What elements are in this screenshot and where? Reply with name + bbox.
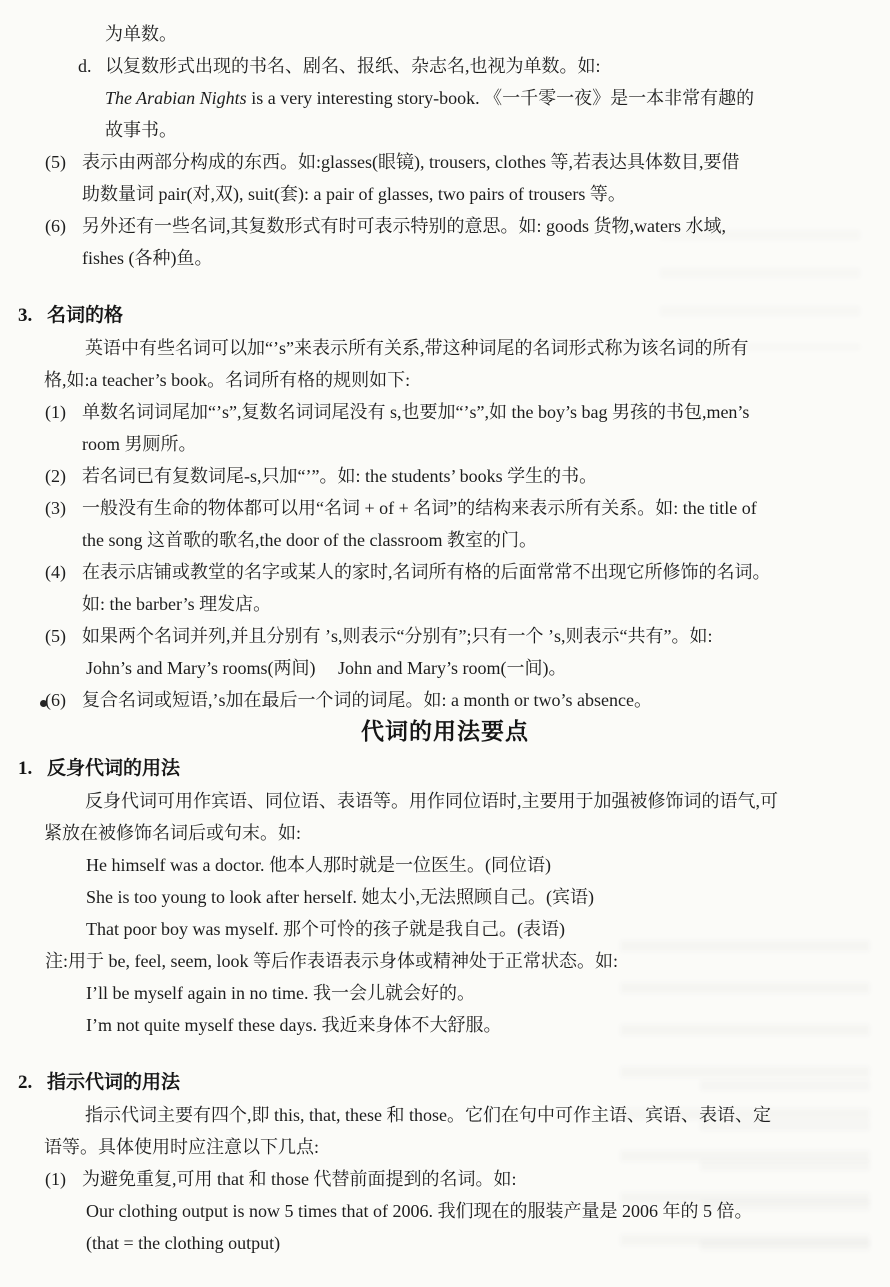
list-item-5: (5) 表示由两部分构成的东西。如:glasses(眼镜), trousers,… (0, 146, 890, 178)
list-item-d-example: The Arabian Nights is a very interesting… (105, 82, 890, 114)
reflexive-example: She is too young to look after herself. … (86, 881, 890, 913)
reflexive-intro-line2: 紧放在被修饰名词后或句末。如: (44, 817, 890, 849)
possessive-rule-4-cont: 如: the barber’s 理发店。 (82, 588, 890, 620)
section-demonstrative-heading: 2. 指示代词的用法 (0, 1067, 890, 1099)
rule-text: 一般没有生命的物体都可以用“名词 + of + 名词”的结构来表示所有关系。如:… (82, 498, 757, 518)
possessive-rule-1-cont: room 男厕所。 (82, 428, 890, 460)
stray-bullet-mark (40, 700, 47, 707)
rule-marker: (6) (45, 684, 66, 716)
book-title-italic: The Arabian Nights (105, 88, 247, 108)
rule-marker: (2) (45, 460, 66, 492)
possessive-intro-line1: 英语中有些名词可以加“’s”来表示所有关系,带这种词尾的名词形式称为该名词的所有 (85, 332, 890, 364)
reflexive-note-example: I’m not quite myself these days. 我近来身体不大… (86, 1009, 890, 1041)
possessive-rule-4: (4) 在表示店铺或教堂的名字或某人的家时,名词所有格的后面常常不出现它所修饰的… (0, 556, 890, 588)
list-item-d: d. 以复数形式出现的书名、剧名、报纸、杂志名,也视为单数。如: (0, 50, 890, 82)
possessive-rule-6: (6) 复合名词或短语,’s加在最后一个词的词尾。如: a month or t… (0, 684, 890, 716)
section-number: 1. (18, 753, 32, 785)
possessive-rule-1: (1) 单数名词词尾加“’s”,复数名词词尾没有 s,也要加“’s”,如 the… (0, 396, 890, 428)
list-item-d-text: 以复数形式出现的书名、剧名、报纸、杂志名,也视为单数。如: (105, 56, 601, 76)
possessive-rule-5: (5) 如果两个名词并列,并且分别有 ’s,则表示“分别有”;只有一个 ’s,则… (0, 620, 890, 652)
note-label: 注: (45, 951, 68, 971)
possessive-rule-2: (2) 若名词已有复数词尾-s,只加“’”。如: the students’ b… (0, 460, 890, 492)
demonstrative-item-1: (1) 为避免重复,可用 that 和 those 代替前面提到的名词。如: (0, 1163, 890, 1195)
list-item-5-text: 表示由两部分构成的东西。如:glasses(眼镜), trousers, clo… (82, 152, 739, 172)
demonstrative-example: Our clothing output is now 5 times that … (86, 1195, 890, 1227)
reflexive-example: That poor boy was myself. 那个可怜的孩子就是我自己。(… (86, 913, 890, 945)
section-title: 名词的格 (47, 305, 123, 326)
reflexive-note: 注:用于 be, feel, seem, look 等后作表语表示身体或精神处于… (45, 945, 890, 977)
section-number: 3. (18, 300, 32, 332)
possessive-rule-3: (3) 一般没有生命的物体都可以用“名词 + of + 名词”的结构来表示所有关… (0, 492, 890, 524)
textbook-page: 为单数。 d. 以复数形式出现的书名、剧名、报纸、杂志名,也视为单数。如: Th… (0, 0, 890, 1259)
reflexive-example: He himself was a doctor. 他本人那时就是一位医生。(同位… (86, 849, 890, 881)
list-item-d-marker: d. (78, 50, 92, 82)
rule-text: 如果两个名词并列,并且分别有 ’s,则表示“分别有”;只有一个 ’s,则表示“共… (82, 626, 712, 646)
rule-text: 若名词已有复数词尾-s,只加“’”。如: the students’ books… (82, 466, 597, 486)
list-item-6-marker: (6) (45, 210, 66, 242)
section-possessive-heading: 3. 名词的格 (0, 300, 890, 332)
example-sentence: is a very interesting story-book. 《一千零一夜… (247, 88, 754, 108)
list-item-6: (6) 另外还有一些名词,其复数形式有时可表示特别的意思。如: goods 货物… (0, 210, 890, 242)
possessive-intro-line2: 格,如:a teacher’s book。名词所有格的规则如下: (44, 364, 890, 396)
possessive-rule-3-cont: the song 这首歌的歌名,the door of the classroo… (82, 524, 890, 556)
section-reflexive-heading: 1. 反身代词的用法 (0, 753, 890, 785)
reflexive-intro-line1: 反身代词可用作宾语、同位语、表语等。用作同位语时,主要用于加强被修饰词的语气,可 (85, 785, 890, 817)
demonstrative-intro-line1: 指示代词主要有四个,即 this, that, these 和 those。它们… (85, 1099, 890, 1131)
list-item-5-cont: 助数量词 pair(对,双), suit(套): a pair of glass… (82, 178, 890, 210)
rule-text: 在表示店铺或教堂的名字或某人的家时,名词所有格的后面常常不出现它所修饰的名词。 (82, 562, 771, 582)
list-item-6-cont: fishes (各种)鱼。 (82, 242, 890, 274)
note-text: 用于 be, feel, seem, look 等后作表语表示身体或精神处于正常… (68, 951, 618, 971)
chapter-heading: 代词的用法要点 (0, 716, 890, 746)
rule-marker: (1) (45, 396, 66, 428)
demonstrative-intro-line2: 语等。具体使用时应注意以下几点: (44, 1131, 890, 1163)
list-item-6-text: 另外还有一些名词,其复数形式有时可表示特别的意思。如: goods 货物,wat… (82, 216, 726, 236)
list-item-text: 为避免重复,可用 that 和 those 代替前面提到的名词。如: (82, 1169, 517, 1189)
section-number: 2. (18, 1067, 32, 1099)
section-title: 反身代词的用法 (47, 758, 180, 779)
reflexive-note-example: I’ll be myself again in no time. 我一会儿就会好… (86, 977, 890, 1009)
rule-marker: (4) (45, 556, 66, 588)
carryover-line: 为单数。 (105, 18, 890, 50)
list-item-d-example-cont: 故事书。 (105, 114, 890, 146)
possessive-rule-5-example: John’s and Mary’s rooms(两间) John and Mar… (86, 652, 890, 684)
demonstrative-example-note: (that = the clothing output) (86, 1227, 890, 1259)
rule-text: 复合名词或短语,’s加在最后一个词的词尾。如: a month or two’s… (82, 690, 652, 710)
rule-marker: (3) (45, 492, 66, 524)
list-item-5-marker: (5) (45, 146, 66, 178)
section-title: 指示代词的用法 (47, 1072, 180, 1093)
rule-marker: (5) (45, 620, 66, 652)
list-marker: (1) (45, 1163, 66, 1195)
rule-text: 单数名词词尾加“’s”,复数名词词尾没有 s,也要加“’s”,如 the boy… (82, 402, 749, 422)
